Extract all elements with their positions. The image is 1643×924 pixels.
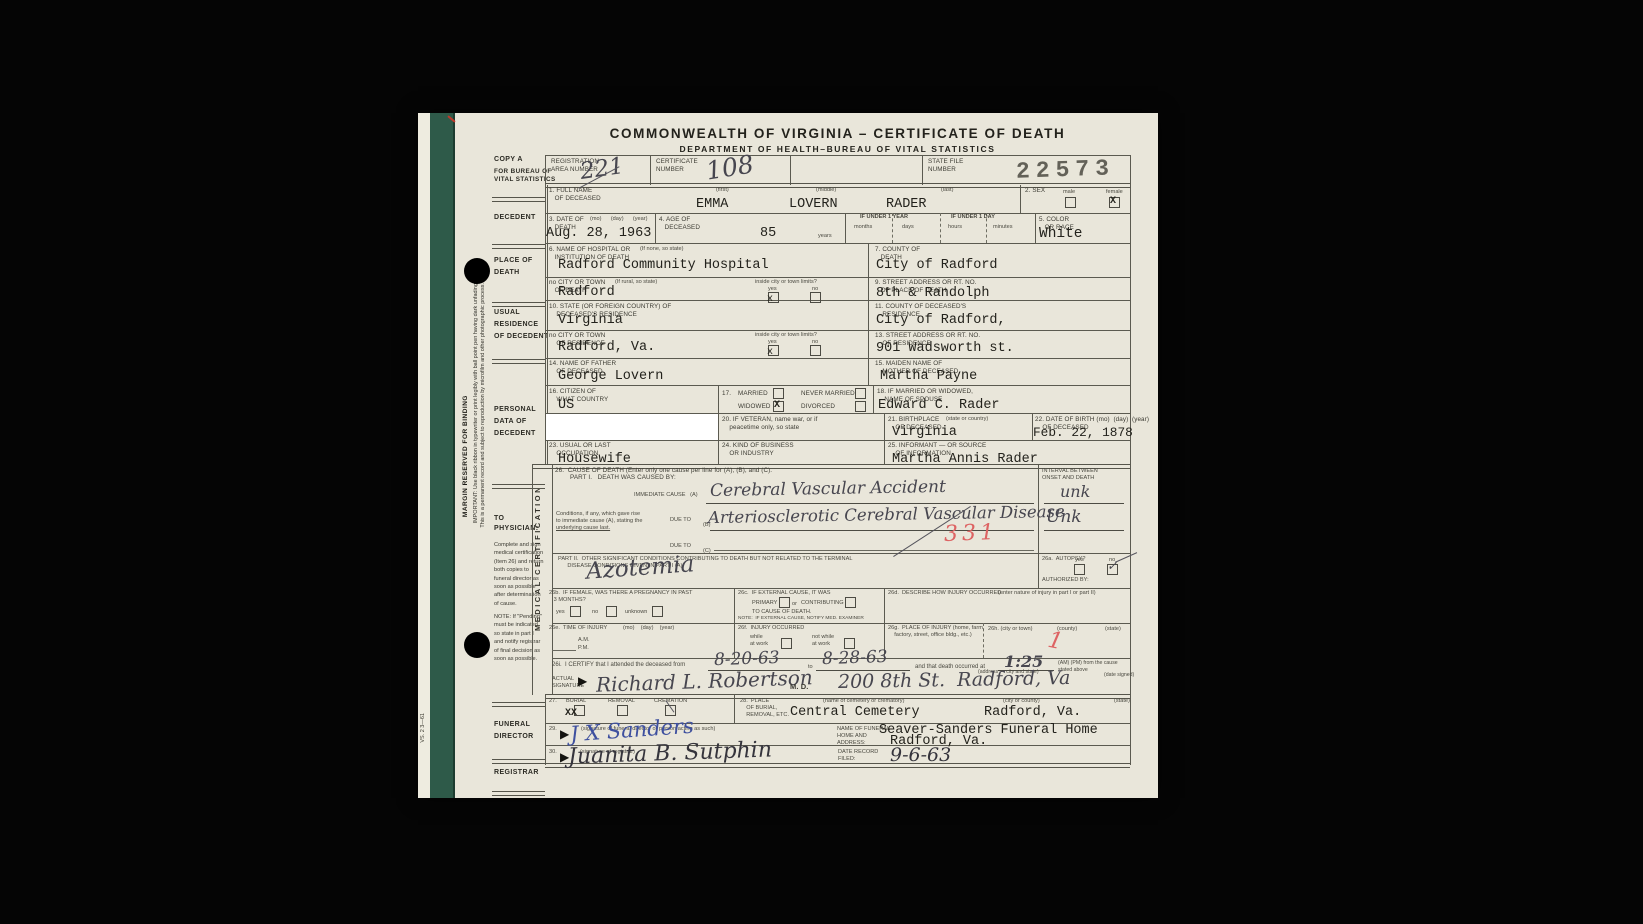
rule: DESCRIBE HOW INJURY OCCURRED.	[902, 590, 1003, 596]
death-certificate-scan: MARGIN RESERVED FOR BINDING IMPORTANT: U…	[418, 113, 1158, 798]
rule: 26i.	[552, 662, 562, 668]
city-or-county-hint: (city or county)	[1003, 698, 1040, 705]
rule: Conditions, if any, which gave rise	[556, 511, 640, 517]
form-code: VS. 2 3—61	[420, 713, 426, 743]
rule: ONSET AND DEATH	[1042, 475, 1094, 481]
street-of-death-value: 8th & Randolph	[876, 286, 989, 301]
rule: STATE FILE	[928, 158, 963, 165]
pm-hint: P.M.	[578, 645, 589, 652]
under-1-day-label: IF UNDER 1 DAY	[951, 214, 995, 221]
rule: 4.	[659, 216, 664, 223]
field26c-label: 26c. IF EXTERNAL CAUSE, IT WAS	[738, 590, 830, 597]
rule	[545, 330, 1130, 331]
rule: AGE OF	[666, 216, 690, 223]
rule	[492, 702, 545, 707]
rule: NUMBER	[928, 166, 956, 173]
field2-label: 2. SEX	[1025, 187, 1045, 195]
name-middle-value: LOVERN	[789, 197, 838, 212]
rule: 9.	[875, 279, 880, 286]
rule: ADDRESS:	[837, 740, 866, 746]
field26f-label: 26f. INJURY OCCURRED	[738, 625, 804, 632]
rule: 11.	[875, 303, 884, 310]
field26e-hints: (mo) (day) (year)	[623, 625, 674, 632]
field3-hints: (mo) (day) (year)	[590, 216, 648, 223]
field4-label: 4. AGE OF DECEASED	[659, 216, 700, 232]
rule: SEX	[1032, 187, 1045, 194]
rule	[492, 484, 545, 489]
burial-state-hint: (state)	[1114, 698, 1130, 705]
arrow-icon: ▶	[578, 674, 587, 688]
screen: { "header": { "title": "COMMONWEALTH OF …	[0, 0, 1643, 924]
rule	[552, 650, 576, 651]
field1-label: 1. FULL NAME OF DECEASED	[549, 187, 601, 203]
preg-unknown-hint: unknown	[625, 609, 647, 616]
section-funeral-2: DIRECTOR	[494, 733, 534, 740]
c-tag: (C)	[703, 548, 711, 555]
male-checkbox	[1065, 197, 1076, 208]
rule: STREET ADDRESS OR RT. NO.	[886, 332, 980, 339]
removal-checkbox	[617, 705, 628, 716]
rule	[884, 413, 885, 465]
while-hint: whileat work	[750, 634, 768, 648]
preg-no-checkbox	[606, 606, 617, 617]
rule	[545, 155, 1130, 156]
rule: COUNTY OF DECEASED'S	[885, 303, 966, 310]
rule: HOME AND	[837, 733, 867, 739]
rule: DECEASED	[665, 224, 700, 231]
never-married-label: NEVER MARRIED	[801, 390, 855, 398]
rule	[940, 213, 941, 243]
rule: 26g.	[888, 625, 899, 631]
rule	[545, 300, 1130, 301]
rule	[868, 243, 869, 385]
rule	[532, 464, 533, 695]
field8-hint: (If rural, so state)	[615, 279, 657, 286]
rule: INFORMANT — OR SOURCE	[899, 442, 986, 449]
section-residence-1: USUAL	[494, 309, 520, 316]
rule: KIND OF BUSINESS	[733, 442, 794, 449]
minutes-hint: minutes	[993, 224, 1013, 231]
binding-margin-note-1: IMPORTANT: Use black ribbon in typewrite…	[473, 273, 479, 523]
rule	[545, 243, 1130, 244]
rule	[655, 213, 656, 243]
field20-label: 20. IF VETERAN, name war, or if peacetim…	[722, 416, 818, 432]
rule: 21.	[888, 416, 897, 423]
limits-yes-mark-2: x	[767, 347, 773, 358]
rule: at work	[812, 641, 830, 647]
state-file-number-stamp: 22573	[1016, 155, 1116, 184]
cause-b-value: Arteriosclerotic Cerebral Vascular Disea…	[708, 502, 1065, 527]
rule: 28.	[740, 698, 748, 704]
rule	[545, 213, 1130, 214]
authorized-by-label: AUTHORIZED BY:	[1042, 577, 1089, 584]
rule: 6.	[549, 246, 554, 253]
rule	[545, 385, 1130, 386]
name-first-value: EMMA	[696, 197, 728, 212]
rule: 24.	[722, 442, 731, 449]
rule: PLACE OF INJURY (home, farm,	[902, 625, 984, 631]
rule: 26f.	[738, 625, 747, 631]
rule	[552, 553, 1130, 554]
cause-a-value: Cerebral Vascular Accident	[710, 477, 946, 501]
primary-checkbox	[779, 597, 790, 608]
field26h-label: 26h. (city or town)	[988, 626, 1032, 633]
rule	[492, 791, 545, 796]
rule	[552, 464, 553, 695]
rule	[714, 550, 1034, 551]
paper-left-edge	[418, 113, 430, 798]
rule	[873, 385, 874, 413]
city-residence-value: Radford, Va.	[558, 340, 655, 355]
rule	[545, 155, 546, 185]
rule: INTERVAL BETWEEN	[1042, 468, 1098, 474]
female-hint: female	[1106, 189, 1123, 196]
rule: I CERTIFY that I attended the deceased f…	[565, 662, 685, 668]
female-checkbox-mark: X	[1110, 196, 1116, 207]
informant-value: Martha Annis Rader	[892, 452, 1038, 467]
rule	[545, 277, 1130, 278]
citizen-value: US	[558, 398, 574, 413]
spouse-value: Edward C. Rader	[878, 398, 1000, 413]
section-registrar: REGISTRAR	[494, 769, 539, 776]
rule: 26d.	[888, 590, 899, 596]
years-hint: years	[818, 233, 832, 240]
punch-hole	[464, 632, 490, 658]
rule: BIRTHPLACE	[899, 416, 939, 423]
divorced-label: DIVORCED	[801, 403, 835, 411]
preg-unknown-checkbox	[652, 606, 663, 617]
limits-hint-2: inside city or town limits?	[755, 332, 817, 339]
rule: CERTIFICATE	[656, 158, 698, 165]
race-value: White	[1039, 226, 1083, 242]
rule: 7.	[875, 246, 880, 253]
rule: INJURY OCCURRED	[750, 625, 804, 631]
rule: 10.	[549, 303, 558, 310]
married-label: MARRIED	[738, 390, 768, 398]
interval-b-value: Unk	[1046, 507, 1082, 527]
rule: 15.	[875, 360, 884, 367]
hospital-value: Radford Community Hospital	[558, 258, 769, 273]
rule: IF MARRIED OR WIDOWED,	[888, 388, 973, 395]
field17-number: 17.	[722, 390, 731, 398]
rule: DATE RECORD	[838, 749, 878, 755]
certify-text-1: 26i. I CERTIFY that I attended the decea…	[552, 662, 685, 670]
rule: no	[549, 279, 556, 286]
field6-hint: (If none, so state)	[640, 246, 684, 253]
rule: to immediate cause (A), stating the	[556, 518, 642, 524]
widowed-checkbox-mark: X	[774, 400, 780, 411]
contributing-hint: CONTRIBUTING	[801, 600, 844, 607]
rule: (city or town)	[1000, 626, 1032, 632]
burial-hint: BURIAL	[566, 698, 586, 705]
limits-yes-mark: x	[767, 294, 773, 305]
rule: DATE OF	[556, 216, 584, 223]
rule: 26h.	[988, 626, 999, 632]
days-hint: days	[902, 224, 914, 231]
external-note: NOTE: IF EXTERNAL CAUSE, NOTIFY MED. EXA…	[738, 616, 864, 622]
rule: 26a.	[1042, 556, 1053, 562]
rule: 22.	[1035, 416, 1044, 423]
rule: CITIZEN OF	[560, 388, 596, 395]
rule: STREET ADDRESS OR RT. NO.	[882, 279, 976, 286]
am-hint: A.M.	[578, 637, 590, 644]
rule: NAME OF FATHER	[560, 360, 616, 367]
hours-hint: hours	[948, 224, 962, 231]
autopsy-yes-hint: yes	[1075, 557, 1084, 564]
limits-no-checkbox	[810, 292, 821, 303]
binding-green-band	[430, 113, 453, 798]
father-value: George Lovern	[558, 369, 663, 384]
date-filed-label: DATE RECORDFILED:	[838, 749, 878, 763]
rule: 16.	[549, 388, 558, 395]
rule: 18.	[877, 388, 886, 395]
field21-hint: (state or country)	[946, 416, 988, 423]
rule: 3.	[549, 216, 554, 223]
rule	[1035, 213, 1036, 243]
primary-hint: PRIMARY	[752, 600, 777, 607]
rule: while	[750, 634, 763, 640]
age-value: 85	[760, 226, 776, 241]
burial-mark: XX	[565, 708, 577, 719]
rule	[650, 155, 651, 185]
cemetery-hint: (name of cemetery or crematory)	[823, 698, 904, 705]
punch-hole	[464, 258, 490, 284]
rule	[718, 385, 719, 465]
rule: OF DECEASED	[555, 195, 601, 202]
rule: 13.	[875, 332, 884, 339]
immediate-cause-label: IMMEDIATE CAUSE (A)	[634, 492, 698, 499]
contributing-checkbox	[845, 597, 856, 608]
or-hint: or	[792, 601, 797, 608]
interval-a-value: unk	[1060, 482, 1090, 501]
rule: MAIDEN NAME OF	[886, 360, 942, 367]
document-subtitle: DEPARTMENT OF HEALTH–BUREAU OF VITAL STA…	[545, 144, 1130, 154]
cause-code-red: 331	[944, 520, 999, 547]
rule: peacetime only, so state	[729, 424, 799, 431]
registration-area-value: 221	[578, 153, 625, 185]
rule: COLOR	[1046, 216, 1069, 223]
middle-hint: (middle)	[816, 187, 836, 194]
state-hint: (state)	[1105, 626, 1121, 633]
pending-note: NOTE: If "Pending" must be indicated, so…	[494, 613, 544, 663]
rule: 25.	[888, 442, 897, 449]
state-file-number-label: STATE FILENUMBER	[928, 158, 963, 174]
birthplace-value: Virginia	[892, 425, 957, 440]
rule: 26e.	[549, 625, 560, 631]
section-to-physician-1: TO	[494, 515, 504, 522]
due-to-c-label: DUE TO	[670, 543, 691, 550]
section-personal-1: PERSONAL	[494, 406, 536, 413]
rule	[492, 197, 545, 202]
field27-number: 27.	[549, 698, 557, 705]
field28-label: 28. PLACE OF BURIAL, REMOVAL, ETC.	[740, 698, 789, 719]
rule: 23.	[549, 442, 558, 449]
male-hint: male	[1063, 189, 1075, 196]
rule: PLACE	[751, 698, 769, 704]
copy-label-2: FOR BUREAU OF	[494, 168, 552, 175]
rule	[1020, 185, 1021, 213]
document-title: COMMONWEALTH OF VIRGINIA – CERTIFICATE O…	[545, 126, 1130, 141]
state-residence-value: Virginia	[558, 313, 623, 328]
rule: at work	[750, 641, 768, 647]
rule: OR INDUSTRY	[729, 450, 773, 457]
rule	[545, 694, 546, 765]
rule	[922, 155, 923, 185]
rule: IF EXTERNAL CAUSE, IT WAS	[752, 590, 831, 596]
rule: 26b.	[549, 590, 560, 596]
rule: FULL NAME	[556, 187, 592, 194]
removal-hint: REMOVAL	[608, 698, 635, 705]
under-1-year-label: IF UNDER 1 YEAR	[860, 214, 908, 221]
rule: 26c.	[738, 590, 749, 596]
rule	[552, 588, 1130, 589]
physician-note: Complete and sign medical certification …	[494, 541, 544, 608]
rule: OF BURIAL,	[746, 705, 777, 711]
first-hint: (first)	[716, 187, 729, 194]
rule	[492, 359, 545, 364]
rule	[734, 694, 735, 723]
while-at-work-checkbox	[781, 638, 792, 649]
burial-city-value: Radford, Va.	[984, 705, 1081, 720]
field29-number: 29.	[549, 726, 557, 733]
rule: STATE (OR FOREIGN COUNTRY) OF	[560, 303, 671, 310]
rule	[790, 155, 791, 185]
mother-value: Martha Payne	[880, 369, 977, 384]
cremation-hint: CREMATION	[654, 698, 687, 705]
certify-to-value: 8-28-63	[822, 647, 888, 669]
rule: DATE OF BIRTH (mo) (day) (year)	[1046, 416, 1149, 423]
preg-yes-checkbox	[570, 606, 581, 617]
rule	[545, 358, 1130, 359]
field26b-label: 26b. IF FEMALE, WAS THERE A PREGNANCY IN…	[549, 590, 692, 604]
county-red-mark: 1	[1045, 627, 1065, 655]
certificate-number-value: 108	[704, 149, 756, 185]
md-label: M. D.	[790, 682, 808, 692]
rule: 3 MONTHS?	[554, 597, 586, 603]
field26g-label: 26g. PLACE OF INJURY (home, farm, factor…	[888, 625, 984, 639]
field26d-hint: (enter nature of injury in part I or par…	[998, 590, 1096, 597]
date-signed-hint: (date signed)	[1104, 672, 1134, 679]
rule	[545, 440, 1130, 441]
copy-label: COPY A	[494, 156, 523, 163]
arrow-icon: ▶	[560, 727, 569, 741]
widowed-label: WIDOWED	[738, 403, 771, 411]
rule: COUNTY OF	[882, 246, 920, 253]
date-filed-value: 9-6-63	[890, 744, 951, 766]
conditions-note: Conditions, if any, which gave riseto im…	[556, 511, 642, 532]
rule: USUAL OR LAST	[560, 442, 611, 449]
rule: no	[549, 332, 556, 339]
name-last-value: RADER	[886, 197, 927, 212]
autopsy-yes-checkbox	[1074, 564, 1085, 575]
section-place-of-death-2: DEATH	[494, 269, 520, 276]
limits-hint: inside city or town limits?	[755, 279, 817, 286]
interval-label: INTERVAL BETWEENONSET AND DEATH	[1042, 468, 1098, 482]
rule: not while	[812, 634, 834, 640]
last-hint: (last)	[941, 187, 953, 194]
rule: NAME OF HOSPITAL OR	[556, 246, 630, 253]
section-funeral-1: FUNERAL	[494, 721, 530, 728]
rule: REMOVAL, ETC.	[746, 712, 789, 718]
rule: TIME OF INJURY	[563, 625, 607, 631]
rule	[1038, 465, 1039, 588]
rule: factory, street, office bldg., etc.)	[894, 632, 972, 638]
field30-number: 30.	[549, 749, 557, 756]
section-place-of-death-1: PLACE OF	[494, 257, 533, 264]
field24-label: 24. KIND OF BUSINESS OR INDUSTRY	[722, 442, 794, 458]
preg-yes-hint: yes	[556, 609, 565, 616]
physician-address: 200 8th St. Radford, Va	[838, 667, 1071, 693]
binding-margin-title: MARGIN RESERVED FOR BINDING	[462, 395, 469, 517]
married-checkbox	[773, 388, 784, 399]
due-to-b-label: DUE TO	[670, 517, 691, 524]
county-residence-value: City of Radford,	[876, 313, 1006, 328]
divorced-checkbox	[855, 401, 866, 412]
rule	[845, 213, 846, 243]
rule: 1.	[549, 187, 554, 194]
never-married-checkbox	[855, 388, 866, 399]
part1-label: PART I. DEATH WAS CAUSED BY:	[570, 474, 676, 482]
city-of-death-value: Radford	[558, 285, 615, 300]
rule	[552, 623, 1130, 624]
rule: CITY OR TOWN	[558, 332, 605, 339]
binding-band-shadow	[453, 113, 455, 798]
months-hint: months	[854, 224, 872, 231]
field26d-label: 26d. DESCRIBE HOW INJURY OCCURRED.	[888, 590, 1003, 597]
date-of-death-value: Aug. 28, 1963	[546, 226, 651, 241]
date-of-birth-value: Feb. 22, 1878	[1033, 425, 1133, 440]
rule	[492, 244, 545, 249]
section-decedent: DECEDENT	[494, 214, 536, 221]
redaction-box	[546, 414, 718, 440]
physician-signature: Richard L. Robertson	[596, 665, 813, 697]
rule	[492, 302, 545, 307]
cemetery-value: Central Cemetery	[790, 705, 920, 720]
section-residence-2: RESIDENCE	[494, 321, 538, 328]
rule: 14.	[549, 360, 558, 367]
rule: underlying cause last.	[556, 525, 610, 531]
rule	[492, 759, 545, 764]
rule	[734, 588, 735, 658]
section-personal-2: DATA OF	[494, 418, 527, 425]
certificate-number-label: CERTIFICATENUMBER	[656, 158, 698, 174]
rule: 5.	[1039, 216, 1044, 223]
section-residence-3: OF DECEDENT	[494, 333, 549, 340]
occupation-value: Housewife	[558, 452, 631, 467]
preg-no-hint: no	[592, 609, 598, 616]
rule: 2.	[1025, 187, 1030, 194]
rule: IF FEMALE, WAS THERE A PREGNANCY IN PAST	[563, 590, 692, 596]
rule: FILED:	[838, 756, 855, 762]
not-while-hint: not whileat work	[812, 634, 834, 648]
rule: ACTUAL	[552, 676, 574, 682]
rule: NUMBER	[656, 166, 684, 173]
binding-margin-note-2: This is a permanent record and subject t…	[480, 283, 486, 528]
copy-label-3: VITAL STATISTICS	[494, 176, 556, 183]
rule: IF VETERAN, name war, or if	[733, 416, 818, 423]
to-cause-hint: TO CAUSE OF DEATH.	[752, 609, 811, 616]
rule: 20.	[722, 416, 731, 423]
section-personal-3: DECEDENT	[494, 430, 536, 437]
limits-no-checkbox-2	[810, 345, 821, 356]
county-of-death-value: City of Radford	[876, 258, 998, 273]
field26e-label: 26e. TIME OF INJURY	[549, 625, 607, 632]
street-residence-value: 901 Wadsworth st.	[876, 341, 1014, 356]
rule	[1044, 530, 1124, 531]
